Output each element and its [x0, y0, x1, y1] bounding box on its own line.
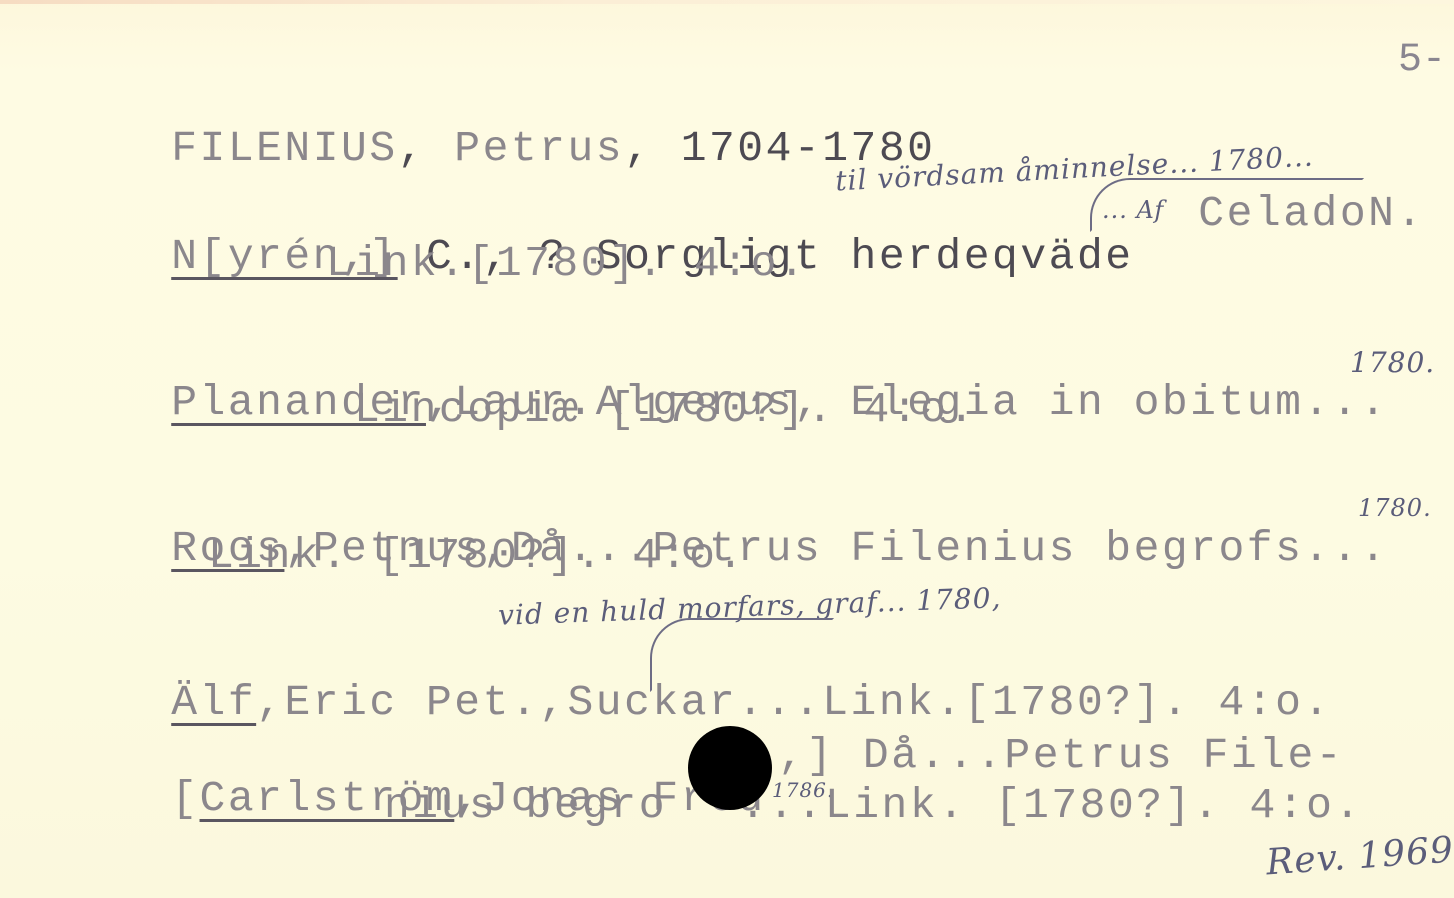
- entry-2-handwritten-year: 1780.: [1350, 346, 1435, 379]
- revision-note: Rev. 1969: [1265, 829, 1454, 883]
- entry-5-line-1-end: ,] Då...Petrus File-: [778, 734, 1344, 777]
- entry-3-handwritten-year: 1780.: [1358, 494, 1432, 522]
- entry-1-line-1-end: CeladoN.: [1170, 192, 1425, 235]
- heading-forename: Petrus: [454, 124, 624, 173]
- entry-2-line-2: Lincopiæ [1780?]. 4:o.: [354, 388, 977, 431]
- entry-4-author: Älf: [171, 678, 256, 727]
- punch-hole: [688, 726, 772, 810]
- entry-1-line-2: Link.[1780]. 4:o.: [326, 242, 807, 285]
- entry-5-line-2-end: ...Link. [1780?]. 4:o.: [740, 784, 1363, 827]
- heading-surname: FILENIUS: [171, 124, 397, 173]
- card-top-edge: [0, 0, 1454, 4]
- entry-5-line-2-start: nius begro: [384, 784, 667, 827]
- entry-1-insert-mark: ... Af: [1102, 196, 1164, 224]
- entry-3-line-2: Link. [1780?]. 4:o.: [208, 534, 746, 577]
- card-number: 5-: [1398, 38, 1446, 83]
- catalog-card: 5- FILENIUS, Petrus, 1704-1780 til vörds…: [0, 0, 1454, 898]
